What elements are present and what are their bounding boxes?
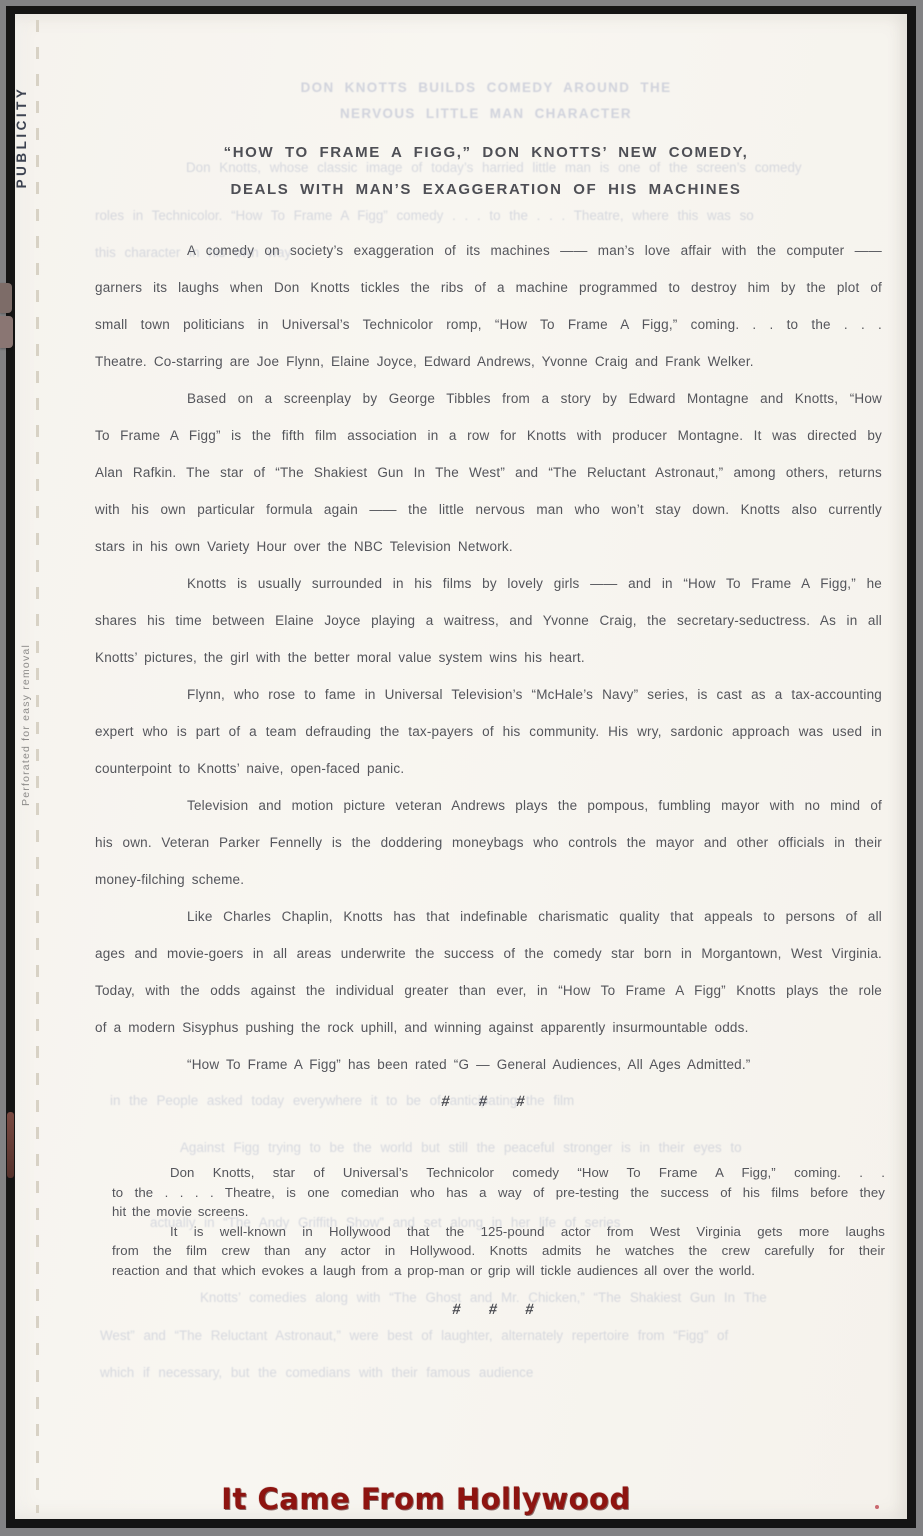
- text-line: Like Charles Chaplin, Knotts has that in…: [95, 898, 882, 935]
- paragraph: Don Knotts, star of Universal’s Technico…: [112, 1163, 885, 1222]
- text-line: Flynn, who rose to fame in Universal Tel…: [95, 676, 882, 713]
- bleedthrough-text: Knotts’ comedies along with “The Ghost a…: [200, 1290, 877, 1305]
- text-line: his own. Veteran Parker Fennelly is the …: [95, 824, 882, 861]
- scanned-publicity-page: PUBLICITY Perforated for easy removal “H…: [0, 0, 923, 1536]
- title-line-1: “HOW TO FRAME A FIGG,” DON KNOTTS’ NEW C…: [95, 144, 877, 161]
- text-line: Don Knotts, star of Universal’s Technico…: [112, 1163, 885, 1183]
- paragraph: Like Charles Chaplin, Knotts has that in…: [95, 898, 882, 1046]
- paragraph: It is well-known in Hollywood that the 1…: [112, 1222, 885, 1281]
- text-line: Alan Rafkin. The star of “The Shakiest G…: [95, 454, 882, 491]
- text-line: counterpoint to Knotts’ naive, open-face…: [95, 750, 882, 787]
- text-line: Knotts’ pictures, the girl with the bett…: [95, 639, 882, 676]
- staple-top-lower: [0, 316, 13, 348]
- bleedthrough-text: Don Knotts, whose classic image of today…: [186, 160, 877, 175]
- bleedthrough-text: which if necessary, but the comedians wi…: [100, 1365, 877, 1380]
- text-line: small town politicians in Universal’s Te…: [95, 306, 882, 343]
- bleedthrough-text: DON KNOTTS BUILDS COMEDY AROUND THE: [95, 80, 877, 95]
- publicity-vertical-label: PUBLICITY: [14, 77, 34, 197]
- paragraph: Based on a screenplay by George Tibbles …: [95, 380, 882, 565]
- text-line: garners its laughs when Don Knotts tickl…: [95, 269, 882, 306]
- text-line: Based on a screenplay by George Tibbles …: [95, 380, 882, 417]
- bleedthrough-text: in the People asked today everywhere it …: [110, 1093, 877, 1108]
- text-line: Today, with the odds against the individ…: [95, 972, 882, 1009]
- text-line: Theatre. Co-starring are Joe Flynn, Elai…: [95, 343, 882, 380]
- scan-speck: [875, 1505, 879, 1509]
- text-line: Knotts is usually surrounded in his film…: [95, 565, 882, 602]
- bleedthrough-text: this character in his own way: [95, 245, 877, 260]
- text-line: money-filching scheme.: [95, 861, 882, 898]
- text-line: Television and motion picture veteran An…: [95, 787, 882, 824]
- paragraph: Television and motion picture veteran An…: [95, 787, 882, 898]
- text-line: To Frame A Figg” is the fifth film assoc…: [95, 417, 882, 454]
- text-line: to the . . . . Theatre, is one comedian …: [112, 1183, 885, 1203]
- paragraph: “How To Frame A Figg” has been rated “G …: [95, 1046, 882, 1083]
- bleedthrough-text: Against Figg trying to be the world but …: [180, 1140, 877, 1155]
- perforation-dashed-line: [36, 20, 39, 1513]
- text-line: stars in his own Variety Hour over the N…: [95, 528, 882, 565]
- staple-top-upper: [0, 283, 12, 313]
- bleedthrough-text: NERVOUS LITTLE MAN CHARACTER: [95, 106, 877, 121]
- text-line: shares his time between Elaine Joyce pla…: [95, 602, 882, 639]
- bleedthrough-text: actually in “The Andy Griffith Show” and…: [150, 1215, 877, 1230]
- text-line: of a modern Sisyphus pushing the rock up…: [95, 1009, 882, 1046]
- title-line-2: DEALS WITH MAN’S EXAGGERATION OF HIS MAC…: [95, 181, 877, 198]
- text-line: reaction and that which evokes a laugh f…: [112, 1261, 885, 1281]
- text-line: from the film crew than any actor in Hol…: [112, 1241, 885, 1261]
- perforated-removal-label: Perforated for easy removal: [20, 635, 36, 815]
- bleedthrough-text: roles in Technicolor. “How To Frame A Fi…: [95, 208, 877, 223]
- text-line: ages and movie-goers in all areas underw…: [95, 935, 882, 972]
- collector-watermark: It Came From Hollywood: [75, 1482, 777, 1516]
- article-body: A comedy on society’s exaggeration of it…: [95, 232, 882, 1120]
- paragraph: Flynn, who rose to fame in Universal Tel…: [95, 676, 882, 787]
- text-line: expert who is part of a team defrauding …: [95, 713, 882, 750]
- text-line: with his own particular formula again ——…: [95, 491, 882, 528]
- paper-sheet: PUBLICITY Perforated for easy removal “H…: [15, 14, 907, 1519]
- text-line: “How To Frame A Figg” has been rated “G …: [95, 1046, 882, 1083]
- staple-bottom: [7, 1112, 14, 1178]
- bleedthrough-text: West” and “The Reluctant Astronaut,” wer…: [100, 1328, 877, 1343]
- paragraph: Knotts is usually surrounded in his film…: [95, 565, 882, 676]
